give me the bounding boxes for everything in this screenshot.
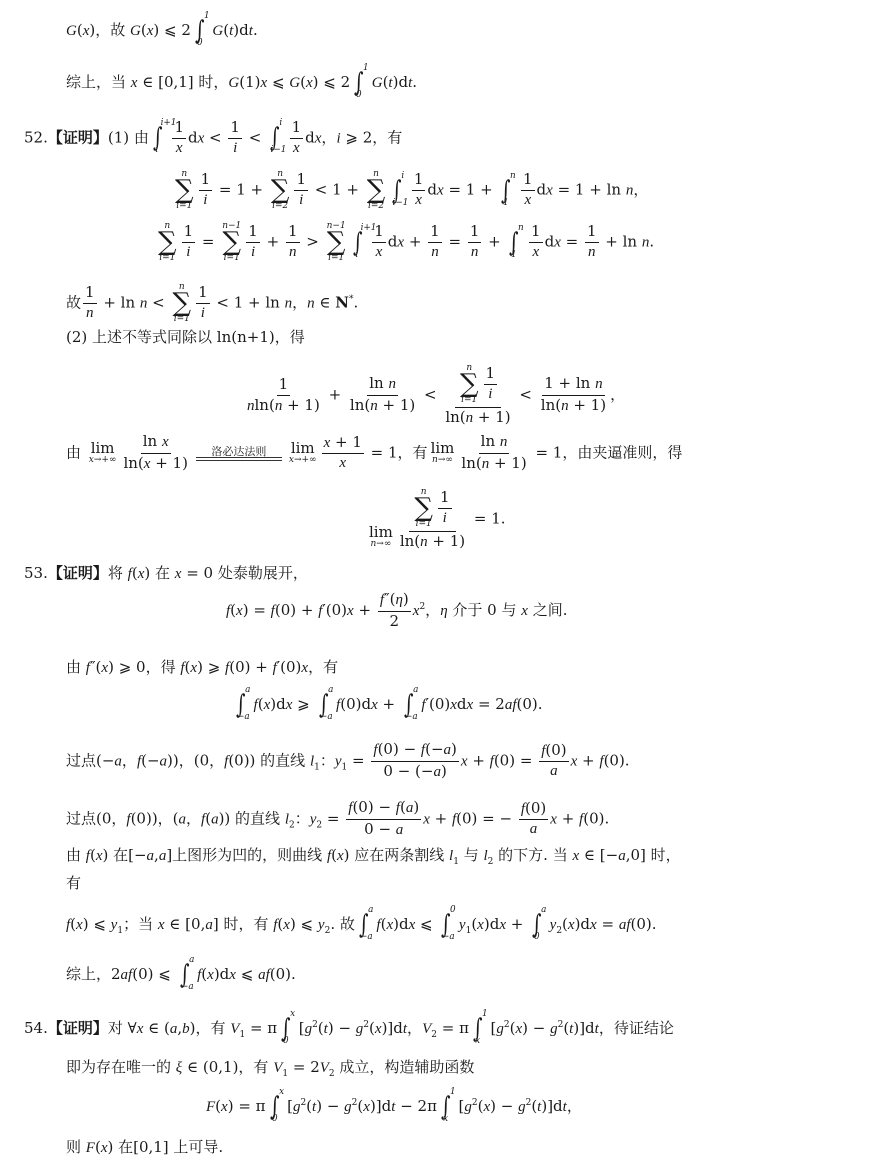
p53-eq2: ∫a−af(x)dx ⩾ ∫a−af(0)dx + ∫a−af′(0)xdx =… [232, 692, 543, 718]
lhospital-rule-arrow: 洛必达法则 [196, 446, 282, 461]
proof-tag: 【证明】 [48, 128, 108, 146]
p52-eq3: 1nln(n + 1) + ln nln(n + 1) < n∑i=11iln(… [243, 364, 625, 427]
problem-number: 54. [24, 1019, 48, 1037]
integral-sign-icon: ∫1x [441, 1094, 450, 1120]
p54-header: 54.【证明】对 ∀x ∈ (a,b)，有 V1 = π∫x0[g2(t) − … [24, 1016, 674, 1042]
integral-sign-icon: ∫n1 [501, 178, 510, 204]
integral-sign-icon: ∫n1 [510, 230, 519, 256]
p53-header: 53.【证明】将 f(x) 在 x = 0 处泰勒展开， [24, 566, 308, 582]
integral-sign-icon: ∫10 [354, 70, 363, 96]
integral-sign-icon: ∫a0 [532, 912, 541, 938]
integral-sign-icon: ∫a−a [180, 962, 189, 988]
p52-eq4: 由 limx→+∞ln xln(x + 1)洛必达法则limx→+∞x + 1x… [66, 434, 682, 473]
intro-line-1: G(x)，故 G(x) ⩽ 2∫10G(t)dt. [66, 18, 258, 44]
p54-line3: 则 F(x) 在[0,1] 上可导. [66, 1140, 223, 1156]
p52-eq2: n∑i=11i = n−1∑i=11i + 1n > n−1∑i=1∫i+1i1… [155, 222, 654, 263]
proof-tag: 【证明】 [48, 564, 108, 582]
integral-sign-icon: ∫10 [195, 18, 204, 44]
integral-sign-icon: ∫a−a [319, 692, 328, 718]
integral-sign-icon: ∫i+1i [153, 125, 162, 151]
p52-conclusion-1: 故1n + ln n < n∑i=11i < 1 + ln n，n ∈ N*. [66, 283, 358, 324]
integral-sign-icon: ∫i+1i [353, 230, 362, 256]
proof-tag: 【证明】 [48, 1019, 108, 1037]
integral-sign-icon: ∫x0 [281, 1016, 290, 1042]
p53-line6: 有 [66, 876, 81, 891]
intro-line-2: 综上，当 x ∈ [0,1] 时，G(1)x ⩽ G(x) ⩽ 2∫10G(t)… [66, 70, 417, 96]
part-label: (1) [108, 128, 129, 146]
integral-sign-icon: ∫x0 [270, 1094, 279, 1120]
p53-eq1: f(x) = f(0) + f′(0)x + f″(η)2x2，η 介于 0 与… [226, 592, 567, 630]
part2-text: 上述不等式同除以 ln(n+1)，得 [92, 328, 305, 346]
integral-sign-icon: ∫0−a [441, 912, 450, 938]
p53-line8: 综上，2af(0) ⩽ ∫a−af(x)dx ⩽ af(0). [66, 962, 296, 988]
p54-eq1: F(x) = π∫x0[g2(t) − g2(x)]dt − 2π∫1x[g2(… [206, 1094, 582, 1120]
p52-eq5: limn→∞n∑i=11iln(n + 1) = 1. [366, 488, 506, 551]
problem-number: 53. [24, 564, 48, 582]
integral-sign-icon: ∫a−a [404, 692, 413, 718]
problem-number: 52. [24, 128, 48, 146]
p53-line7: f(x) ⩽ y1；当 x ∈ [0,a] 时，有 f(x) ⩽ y2. 故∫a… [66, 912, 657, 938]
p53-line4: 过点(0，f(0))，(a，f(a)) 的直线 l2：y2 = f(0) − f… [66, 800, 609, 839]
integral-sign-icon: ∫a−a [359, 912, 368, 938]
part-label: (2) [66, 328, 87, 346]
p53-line3: 过点(−a，f(−a))，(0，f(0)) 的直线 l1：y1 = f(0) −… [66, 742, 630, 781]
integral-sign-icon: ∫1x [473, 1016, 482, 1042]
integral-sign-icon: ∫ii−1 [270, 125, 279, 151]
p52-part2: (2) 上述不等式同除以 ln(n+1)，得 [66, 330, 305, 345]
p54-line2: 即为存在唯一的 ξ ∈ (0,1)，有 V1 = 2V2 成立，构造辅助函数 [66, 1060, 474, 1079]
p52-eq1: n∑i=11i = 1 + n∑i=21i < 1 + n∑i=2∫ii−11x… [172, 170, 648, 211]
integral-sign-icon: ∫ii−1 [392, 178, 401, 204]
p52-header: 52.【证明】(1) 由∫i+1i1xdx < 1i < ∫ii−11xdx，i… [24, 120, 402, 157]
p53-line5: 由 f(x) 在[−a,a]上图形为凹的，则曲线 f(x) 应在两条割线 l1 … [66, 848, 681, 867]
p53-line2: 由 f″(x) ⩾ 0，得 f(x) ⩾ f(0) + f′(0)x，有 [66, 660, 338, 676]
integral-sign-icon: ∫a−a [236, 692, 245, 718]
